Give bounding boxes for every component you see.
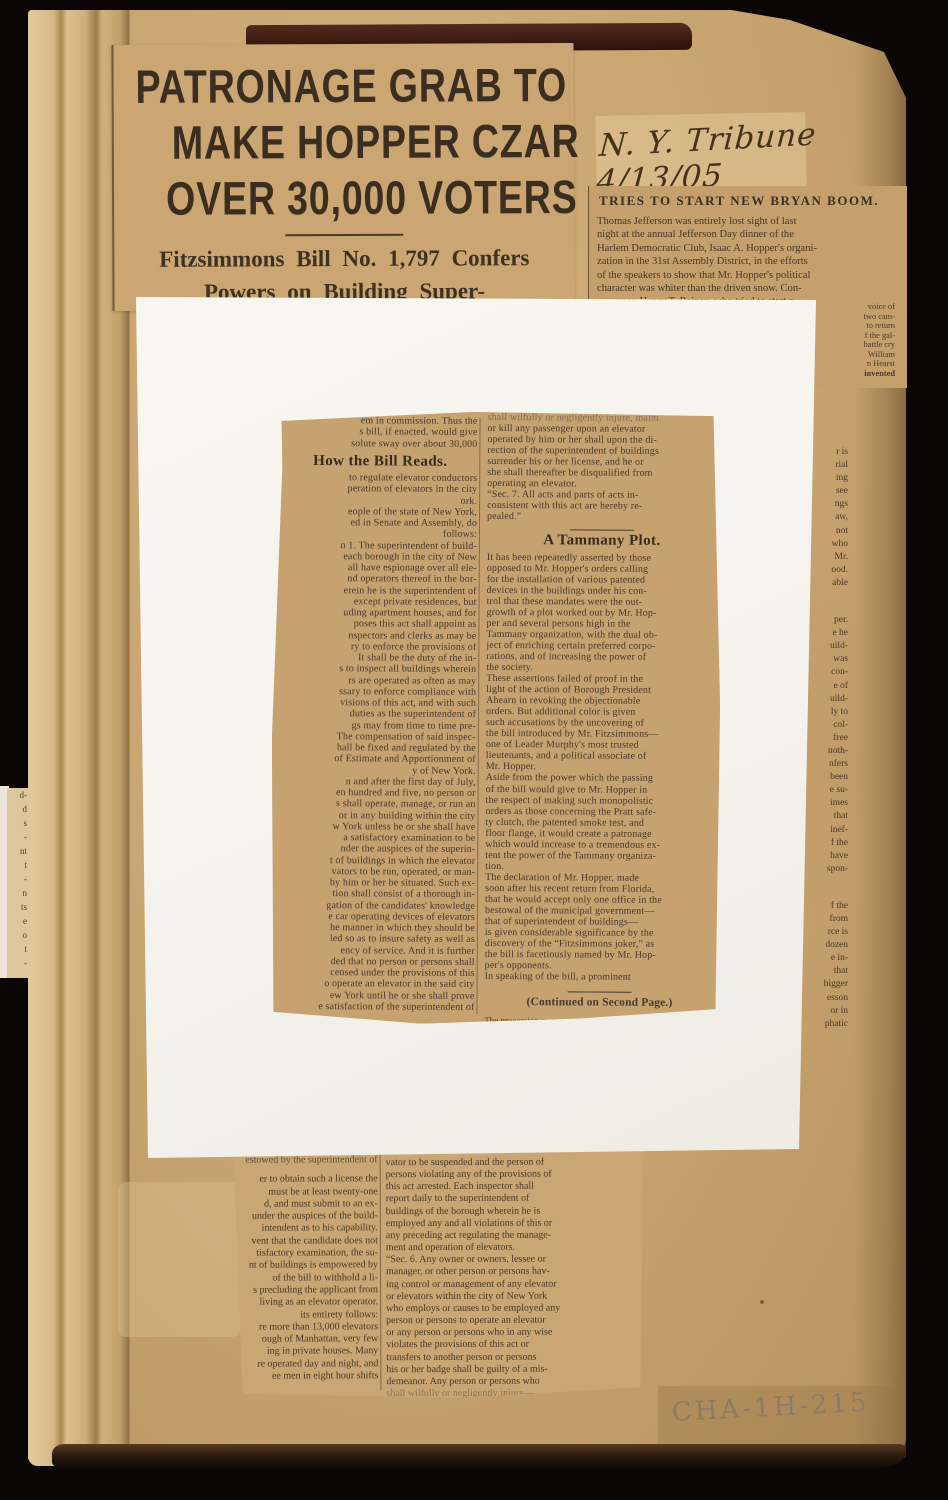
text-line: e in- <box>800 952 848 965</box>
text-line: esson <box>800 992 848 1005</box>
text-line: devices in the buildings under his con- <box>487 585 717 597</box>
text-line: d <box>7 802 27 816</box>
text-line: the respect of making such monopolistic <box>486 794 716 806</box>
headline-clipping: PATRONAGE GRAB TOMAKE HOPPER CZAROVER 30… <box>111 43 574 311</box>
elevator-bill-clipping: em in commission. Thus thes bill, if ena… <box>270 409 721 1025</box>
left-edge-fragments: d-ds-ntt-ntseot- <box>7 788 31 978</box>
bryan-body-text: Thomas Jefferson was entirely lost sight… <box>597 215 889 309</box>
text-line: MAKE HOPPER CZAR <box>172 113 494 170</box>
bottom-clipping: estowed by the superintendent ofer to ob… <box>234 1145 645 1398</box>
text-line: or elevators within the city of New York <box>386 1290 638 1303</box>
text-line: f the <box>800 837 848 850</box>
text-line: tisfactory examination, the su- <box>238 1247 378 1260</box>
text-line: In speaking of the bill, a prominent <box>485 971 715 983</box>
text-line: to return <box>823 321 895 331</box>
text-line: Thomas Jefferson was entirely lost sight… <box>597 215 889 228</box>
headline-divider-rule <box>285 234 403 237</box>
bill-left-column: em in commission. Thus thes bill, if ena… <box>280 415 477 1020</box>
right-upper-lines: shall wilfully or negligently injure, ma… <box>487 412 718 524</box>
text-line: e satisfaction of the superintendent of <box>280 1001 474 1013</box>
page-bottom-torn-edge <box>52 1444 906 1470</box>
text-line: intendent as to his capability. <box>238 1223 378 1236</box>
text-line: night at the annual Jefferson Day dinner… <box>597 228 889 241</box>
text-line: d, and must submit to an ex- <box>238 1198 378 1211</box>
bryan-headline: TRIES TO START NEW BRYAN BOOM. <box>599 193 895 209</box>
text-line: spon- <box>800 863 848 876</box>
text-line: f the <box>800 900 848 913</box>
text-line: - <box>7 830 27 844</box>
text-line: t <box>7 858 27 872</box>
text-line: ty clutch, the patented smoke test, and <box>485 817 715 829</box>
text-line: floor flange, it would create a patronag… <box>485 828 715 840</box>
text-line: ee men in eight hour shifts <box>238 1370 378 1383</box>
text-line: t <box>7 942 27 956</box>
text-line: e <box>7 914 27 928</box>
text-line: vent that the candidate does not <box>238 1235 378 1248</box>
text-line: which would increase to a tremendous ex- <box>485 839 715 851</box>
text-line: under the auspices of the build- <box>238 1210 378 1223</box>
text-line: n Hearst <box>823 359 895 369</box>
text-line: for the installation of various patented <box>487 574 717 586</box>
text-line: “Sec. 6. Any owner or owners, lessee or <box>386 1254 638 1267</box>
text-line: battle cry <box>823 340 895 350</box>
text-line: persons violating any of the provisions … <box>386 1168 638 1181</box>
text-line: re operated day and night, and <box>238 1358 378 1371</box>
text-line: transfers to another person or persons <box>386 1351 638 1364</box>
left-column-lines: to regulate elevator conductorsperation … <box>280 472 477 1013</box>
text-line: inef- <box>800 824 848 837</box>
text-line: any preceding act regulating the manage- <box>386 1229 638 1242</box>
right-lower-lines: It has been repeatedly asserted by those… <box>485 551 717 983</box>
text-line: ts <box>7 900 27 914</box>
text-line: It has been repeatedly asserted by those <box>487 551 717 563</box>
text-line: imes <box>800 797 848 810</box>
text-line: been <box>800 771 848 784</box>
text-line: re more than 13,000 elevators <box>238 1321 378 1334</box>
text-line: demeanor. Any person or persons who <box>386 1375 638 1388</box>
tammany-plot-heading: A Tammany Plot. <box>487 529 717 547</box>
text-line: of the bill would give to Mr. Hopper in <box>486 783 716 795</box>
text-line: nt of buildings is empowered by <box>238 1260 378 1273</box>
fragment-group-3: f thefromrce isdozene in-thatbiggeresson… <box>800 900 848 1031</box>
text-line: vator to be suspended and the person of <box>386 1156 638 1169</box>
bottom-right-column: vator to be suspended and the person ofp… <box>386 1156 639 1400</box>
text-line: d- <box>7 788 27 802</box>
text-line: solute sway over about 30,000 <box>283 437 477 449</box>
text-line: s precluding the applicant from <box>238 1284 378 1297</box>
text-line: Harlem Democratic Club, Isaac A. Hopper'… <box>597 242 889 255</box>
headline-lines: PATRONAGE GRAB TOMAKE HOPPER CZAROVER 30… <box>113 57 574 227</box>
text-line: or any person or persons who in any wise <box>386 1326 638 1339</box>
text-line: orders as those concerning the Pratt saf… <box>485 806 715 818</box>
text-line: who employs or causes to be employed any <box>386 1302 638 1315</box>
text-line: living as an elevator operator. <box>238 1296 378 1309</box>
left-top-fragments: em in commission. Thus thes bill, if ena… <box>283 415 477 450</box>
continued-note: (Continued on Second Page.) <box>484 991 714 1009</box>
scrapbook-photo: PATRONAGE GRAB TOMAKE HOPPER CZAROVER 30… <box>0 0 948 1500</box>
text-line: manager, or other person or persons hav- <box>386 1266 638 1279</box>
text-line: two cam- <box>823 312 895 322</box>
text-line: o <box>7 928 27 942</box>
text-line: - <box>7 956 27 970</box>
text-line: nfers <box>800 758 848 771</box>
text-line: ment and operation of elevators. <box>386 1241 638 1254</box>
text-line: ing in private houses. Many <box>238 1346 378 1359</box>
text-line: noth- <box>800 745 848 758</box>
text-line: voice of <box>823 302 895 312</box>
subhead-line-1: Fitzsimmons Bill No. 1,797 Confers <box>114 245 574 273</box>
text-line: must be at least twenty-one <box>238 1186 378 1199</box>
text-line: PATRONAGE GRAB TO <box>135 57 486 115</box>
text-line: phatic <box>800 1018 848 1031</box>
column-rule <box>380 1152 382 1390</box>
text-line: Aside from the power which the passing <box>486 772 716 784</box>
text-line: person or persons to operate an elevator <box>386 1314 638 1327</box>
text-line: that <box>800 810 848 823</box>
text-line: OVER 30,000 VOTERS <box>166 169 493 226</box>
text-line: from <box>800 913 848 926</box>
text-line: that <box>800 965 848 978</box>
text-line: invented <box>823 369 895 379</box>
bill-reads-heading: How the Bill Reads. <box>283 456 477 468</box>
text-line: of the speakers to show that Mr. Hopper'… <box>597 269 889 282</box>
text-line: s <box>7 816 27 830</box>
text-line: nt <box>7 844 27 858</box>
text-line: consistent with this act are hereby re- <box>487 500 717 512</box>
text-line: pealed.” <box>487 511 717 523</box>
text-line: this act arrested. Each inspector shall <box>386 1181 638 1194</box>
text-line: rce is <box>800 926 848 939</box>
text-line: ough of Manhattan, very few <box>238 1333 378 1346</box>
text-line: trol that these mandates were the out- <box>487 596 717 608</box>
torn-paper-scar <box>118 1182 240 1337</box>
text-line: growth of a plot worked out by Mr. Hop- <box>487 607 717 619</box>
text-line: zation in the 31st Assembly District, in… <box>597 255 889 268</box>
text-line: buildings of the borough wherein he is <box>386 1205 638 1218</box>
text-line: his or her badge shall be guilty of a mi… <box>386 1363 638 1376</box>
text-line: William <box>823 350 895 360</box>
text-line: violates the provisions of this act or <box>386 1339 638 1352</box>
text-line: f the gal- <box>823 331 895 341</box>
text-line: dozen <box>800 939 848 952</box>
text-line: bigger <box>800 978 848 991</box>
bryan-edge-fragments: voice oftwo cam-to returnf the gal-battl… <box>823 302 895 378</box>
text-line: opposed to Mr. Hopper's orders calling <box>487 563 717 575</box>
text-line: er to obtain such a license the <box>238 1174 378 1187</box>
text-line: have <box>800 850 848 863</box>
text-line: its entirety follows: <box>238 1309 378 1322</box>
bottom-left-column: estowed by the superintendent ofer to ob… <box>238 1154 379 1383</box>
text-line: ing control or management of any elevato… <box>386 1278 638 1291</box>
bill-right-column: shall wilfully or negligently injure, ma… <box>484 412 717 1023</box>
text-line: employed any and all violations of this … <box>386 1217 638 1230</box>
text-line: of the bill to withhold a li- <box>238 1272 378 1285</box>
text-line: tent the power of the Tammany organiza- <box>485 850 715 862</box>
text-line: e su- <box>800 784 848 797</box>
text-line: report daily to the superintendent of <box>386 1193 638 1206</box>
text-line: character was whiter than the driven sno… <box>597 282 889 295</box>
text-line: - <box>7 872 27 886</box>
text-line: or in <box>800 1005 848 1018</box>
text-line: n <box>7 886 27 900</box>
speck <box>760 1300 764 1304</box>
